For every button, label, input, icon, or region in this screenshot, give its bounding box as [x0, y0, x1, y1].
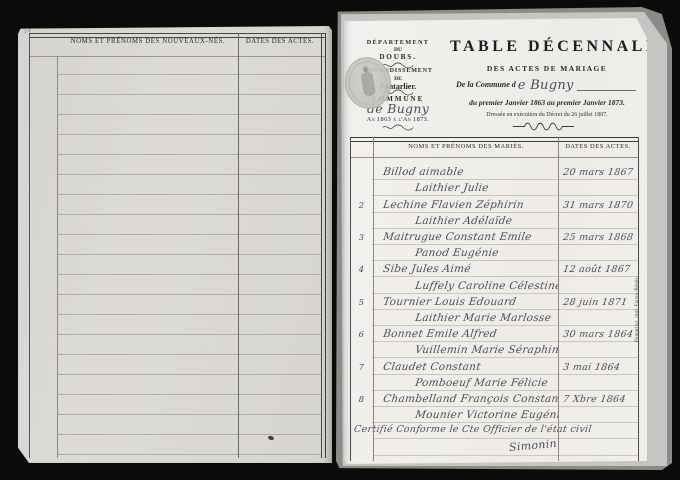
- entry-number: 3: [350, 233, 373, 245]
- entry-number-spacer: [350, 292, 373, 294]
- period-line: du premier Janvier 1863 au premier Janvi…: [450, 98, 644, 107]
- entry-number-spacer: [350, 356, 373, 358]
- left-dates-header: DATES DES ACTES.: [239, 38, 321, 45]
- years-line: An 1863 à l'An 1873.: [350, 116, 446, 123]
- entry-number-spacer: [350, 227, 373, 229]
- officer-signature: Simonin: [509, 437, 558, 454]
- right-dates-column-divider: [558, 137, 559, 461]
- entry-date-spacer: [558, 324, 639, 326]
- marriage-entry: 2 Lechine Flavien Zéphirin 31 mars 1870 …: [350, 196, 638, 228]
- entry-number-spacer: [350, 324, 373, 326]
- entry-number: [350, 178, 373, 180]
- register-scan: 14 NOMS ET PRÉNOMS DES NOUVEAUX-NÉS. DAT…: [0, 0, 680, 480]
- bride-name: Laithier Marie Marlosse: [372, 312, 558, 326]
- bride-name: Panod Eugénie: [372, 247, 558, 261]
- entry-date: 20 mars 1867: [557, 167, 639, 180]
- entry-date: 31 mars 1870: [557, 200, 639, 213]
- entry-number: 8: [350, 395, 373, 407]
- certification-line: Certifié Conforme le Cte Officier de l'é…: [353, 424, 605, 435]
- groom-name: Tournier Louis Edouard: [372, 296, 558, 310]
- page-title: TABLE DÉCENNALE: [450, 38, 644, 56]
- bride-name: Laithier Adélaïde: [372, 215, 558, 229]
- entry-date: 30 mars 1864: [557, 329, 639, 342]
- right-table-border-left: [350, 137, 351, 461]
- groom-name: Bonnet Emile Alfred: [372, 328, 558, 342]
- bride-name: Pomboeuf Marie Félicie: [372, 377, 558, 391]
- bride-name: Luffely Caroline Célestine: [372, 280, 558, 294]
- entry-date-spacer: [558, 194, 639, 196]
- left-dates-column-divider: [238, 33, 239, 458]
- marriage-entry: 8 Chambelland François Constant 7 Xbre 1…: [350, 391, 638, 423]
- fill-in-rule: [577, 90, 636, 91]
- groom-name: Maitrugue Constant Emile: [372, 231, 558, 245]
- entry-date-spacer: [558, 259, 639, 261]
- marriage-entries: Billod aimable 20 mars 1867 Laithier Jul…: [350, 164, 638, 423]
- printer-credit: Pontarlier, imp. Faivre-Bénès.: [635, 266, 643, 352]
- marriage-entry: Billod aimable 20 mars 1867 Laithier Jul…: [350, 164, 638, 196]
- entry-date: 28 juin 1871: [557, 297, 639, 310]
- entry-number-spacer: [350, 389, 373, 391]
- right-table-top-border: [350, 137, 639, 142]
- empty-rule-line: [373, 438, 638, 439]
- entry-date: 25 mars 1868: [557, 232, 639, 245]
- entry-number: 6: [350, 330, 373, 342]
- entry-number-spacer: [350, 194, 373, 196]
- entry-number: 2: [350, 201, 373, 213]
- bride-name: Vuillemin Marie Séraphine: [372, 344, 558, 358]
- entry-number-spacer: [350, 421, 373, 423]
- groom-name: Lechine Flavien Zéphirin: [372, 199, 558, 213]
- entry-number: 4: [350, 265, 373, 277]
- marriage-entry: 4 Sibe Jules Aimé 12 août 1867 Luffely C…: [350, 261, 638, 293]
- page-subtitle: DES ACTES DE MARIAGE: [450, 64, 644, 73]
- entry-date-spacer: [558, 227, 639, 229]
- entry-number-spacer: [350, 259, 373, 261]
- marriage-entry: 6 Bonnet Emile Alfred 30 mars 1864 Vuill…: [350, 326, 638, 358]
- left-names-header: NOMS ET PRÉNOMS DES NOUVEAUX-NÉS.: [58, 38, 238, 45]
- entry-date-spacer: [558, 389, 639, 391]
- groom-name: Sibe Jules Aimé: [372, 263, 558, 277]
- ornament-divider-icon: [511, 122, 583, 131]
- left-table-border-left: [29, 33, 30, 458]
- right-dates-header: DATES DES ACTES.: [558, 143, 638, 150]
- commune-line-printed: De la Commune d: [456, 80, 516, 91]
- commune-line-handwritten: e Bugny: [518, 78, 574, 93]
- bride-name: Mounier Victorine Eugénie: [372, 409, 558, 423]
- entry-date-spacer: [558, 292, 639, 294]
- departement-label: DÉPARTEMENT: [350, 39, 446, 46]
- right-header-underline: [350, 157, 639, 158]
- decree-line: Dressée en exécution du Décret du 26 jui…: [450, 112, 644, 118]
- entry-date: 12 août 1867: [557, 264, 639, 277]
- groom-name: Chambelland François Constant: [372, 393, 558, 407]
- left-number-column-divider: [57, 56, 58, 458]
- left-page: 14 NOMS ET PRÉNOMS DES NOUVEAUX-NÉS. DAT…: [18, 26, 332, 463]
- groom-name: Claudet Constant: [372, 361, 558, 375]
- entry-number: 7: [350, 363, 373, 375]
- commune-fill-line: De la Commune d e Bugny: [456, 76, 636, 91]
- bride-name: Laithier Julie: [372, 182, 558, 196]
- groom-name: Billod aimable: [372, 166, 558, 180]
- marriage-entry: 7 Claudet Constant 3 mai 1864 Pomboeuf M…: [350, 358, 638, 390]
- entry-date: 7 Xbre 1864: [557, 394, 639, 407]
- entry-date-spacer: [558, 356, 639, 358]
- right-names-header: NOMS ET PRÉNOMS DES MARIÉS.: [374, 143, 558, 150]
- left-table-border-right: [321, 33, 326, 458]
- flourish-divider-icon: [381, 124, 415, 131]
- marriage-entry: 3 Maitrugue Constant Emile 25 mars 1868 …: [350, 229, 638, 261]
- left-empty-ruled-rows: [57, 55, 322, 456]
- entry-date-spacer: [558, 421, 639, 423]
- empty-rule-line: [373, 455, 638, 456]
- entry-number: 5: [350, 298, 373, 310]
- right-number-column-divider: [373, 137, 374, 461]
- right-page: DÉPARTEMENT DU DOUBS. ARRONDISSEMENT DE …: [344, 18, 647, 464]
- marriage-entry: 5 Tournier Louis Edouard 28 juin 1871 La…: [350, 294, 638, 326]
- entry-date: 3 mai 1864: [557, 362, 639, 375]
